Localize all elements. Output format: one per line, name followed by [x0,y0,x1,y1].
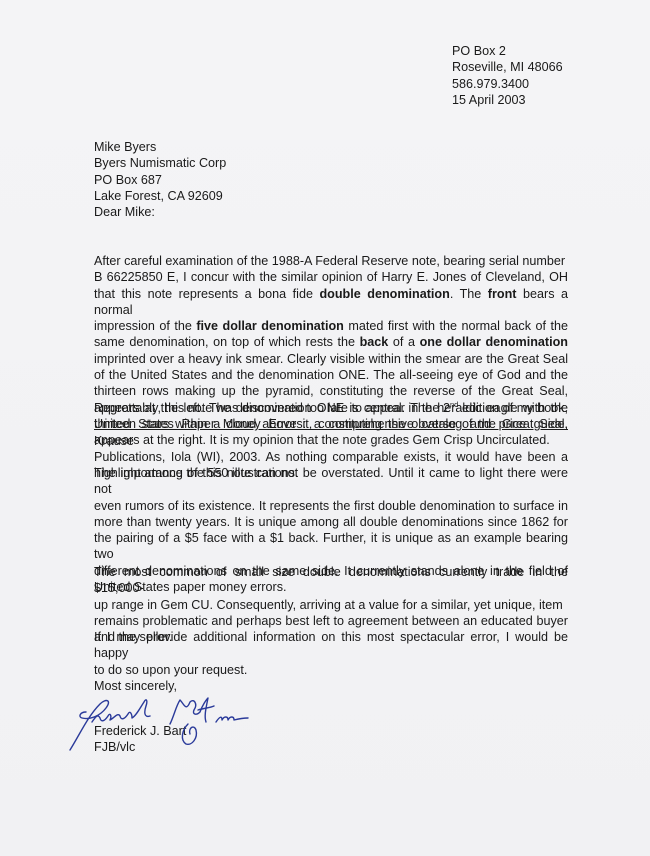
bold-term-one-dollar: one dollar denomination [420,335,568,349]
text-run: impression of the [94,319,196,333]
paragraph-offer: If I may provide additional information … [94,629,568,678]
text-line: up range in Gem CU. Consequently, arrivi… [94,597,568,613]
sender-address-line-1: PO Box 2 [452,43,563,59]
bold-term-double-denomination: double denomination [319,287,449,301]
text-line: that this note represents a bona fide do… [94,286,568,319]
recipient-company: Byers Numismatic Corp [94,155,226,171]
text-run: same denomination, on top of which rests… [94,335,360,349]
text-run: Regrettably, this note was discovered to… [94,401,450,415]
sender-address-block: PO Box 2 Roseville, MI 48066 586.979.340… [452,43,563,108]
text-line: If I may provide additional information … [94,629,568,662]
sender-phone: 586.979.3400 [452,76,563,92]
bold-term-front: front [488,287,517,301]
closing: Most sincerely, [94,678,177,694]
salutation: Dear Mike: [94,204,155,220]
recipient-address-line-1: PO Box 687 [94,172,226,188]
text-line: even rumors of its existence. It represe… [94,498,568,514]
sender-address-line-2: Roseville, MI 48066 [452,59,563,75]
reference-initials: FJB/vlc [94,739,186,755]
text-run: mated first with the normal back of the [344,319,568,333]
text-line: The most common of small size double den… [94,564,568,597]
text-line: imprinted over a heavy ink smear. Clearl… [94,351,568,367]
signer-name: Frederick J. Bart [94,723,186,739]
text-line: of the United States and the denominatio… [94,367,568,383]
book-title: United States Paper Money Errors: a comp… [94,417,568,431]
text-run: edition of my book, [458,401,568,415]
text-line: United States Paper Money Errors: a comp… [94,416,568,449]
bold-term-five-dollar: five dollar denomination [196,319,344,333]
recipient-name: Mike Byers [94,139,226,155]
text-line: more than twenty years. It is unique amo… [94,514,568,530]
text-line: thirteen rows making up the pyramid, con… [94,383,568,399]
text-line: impression of the five dollar denominati… [94,318,568,334]
text-run: that this note represents a bona fide [94,287,319,301]
letter-page: PO Box 2 Roseville, MI 48066 586.979.340… [0,0,650,856]
recipient-address-line-2: Lake Forest, CA 92609 [94,188,226,204]
recipient-address-block: Mike Byers Byers Numismatic Corp PO Box … [94,139,226,204]
signer-block: Frederick J. Bart FJB/vlc [94,723,186,756]
text-line: remains problematic and perhaps best lef… [94,613,568,629]
text-line: same denomination, on top of which rests… [94,334,568,350]
text-line: The importance of this note can not be o… [94,465,568,498]
bold-term-back: back [360,335,389,349]
letter-date: 15 April 2003 [452,92,563,108]
text-line: After careful examination of the 1988-A … [94,253,568,269]
text-line: B 66225850 E, I concur with the similar … [94,269,568,285]
text-line: the pairing of a $5 face with a $1 back.… [94,530,568,563]
text-run: Krause [94,434,134,448]
text-run: of a [388,335,419,349]
text-line: to do so upon your request. [94,662,568,678]
text-line: Publications, Iola (WI), 2003. As nothin… [94,449,568,465]
text-run: . The [450,287,488,301]
text-line: Regrettably, this note was discovered to… [94,400,568,416]
